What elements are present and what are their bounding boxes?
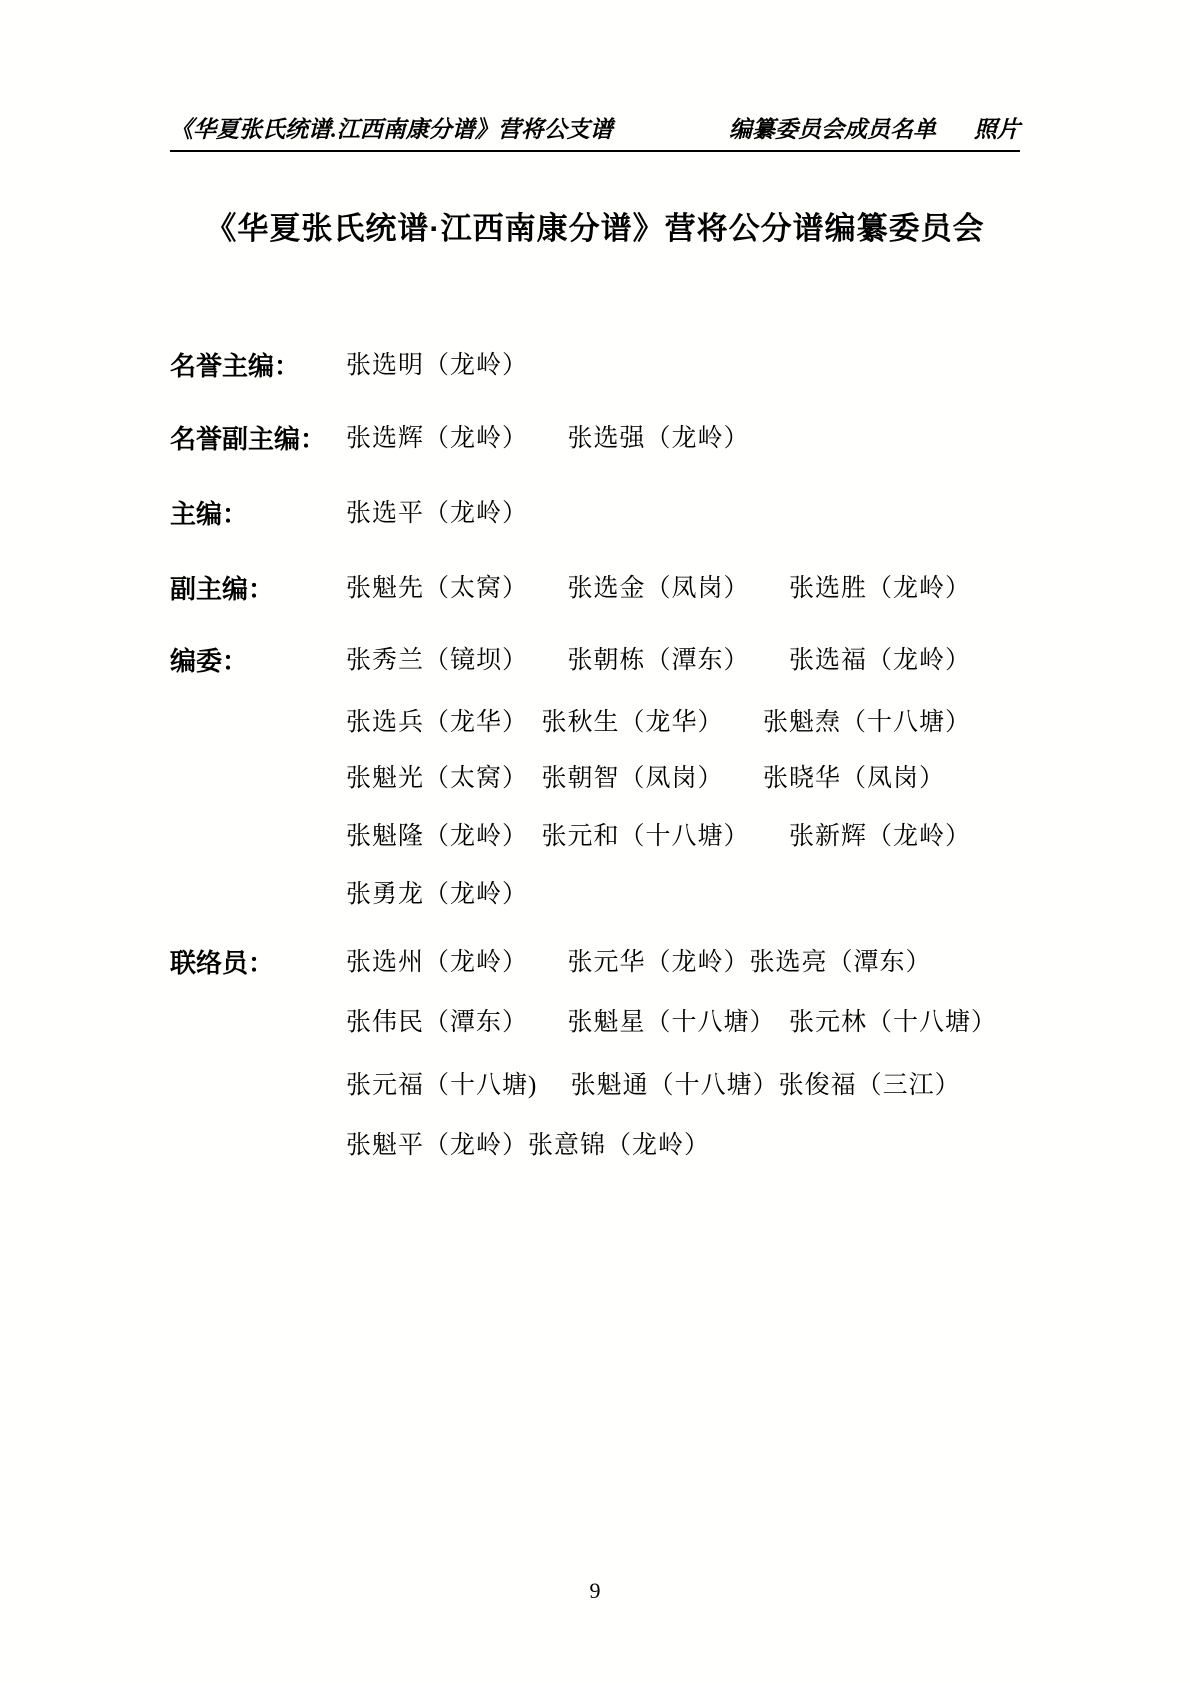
committee-list: 名誉主编： 张选明（龙岭） 名誉副主编： 张选辉（龙岭） 张选强（龙岭） 主编：…: [170, 346, 1050, 1166]
role-label-honorary-deputy-chief-editor: 名誉副主编：: [170, 419, 346, 459]
names-line: 张选州（龙岭） 张元华（龙岭）张选亮（潭东）: [346, 943, 932, 983]
role-label-editorial-board: 编委：: [170, 641, 346, 681]
committee-row: 联络员： 张选州（龙岭） 张元华（龙岭）张选亮（潭东）: [170, 943, 1050, 983]
names-line: 张选平（龙岭）: [346, 494, 528, 534]
names-line: 张魁隆（龙岭） 张元和（十八塘） 张新辉（龙岭）: [346, 817, 971, 857]
committee-row: 张魁隆（龙岭） 张元和（十八塘） 张新辉（龙岭）: [170, 817, 1050, 857]
committee-row: 张魁光（太窝） 张朝智（凤岗） 张晓华（凤岗）: [170, 759, 1050, 799]
names-line: 张魁光（太窝） 张朝智（凤岗） 张晓华（凤岗）: [346, 759, 945, 799]
committee-row: 名誉副主编： 张选辉（龙岭） 张选强（龙岭）: [170, 419, 1050, 459]
role-label-spacer: [170, 703, 346, 743]
committee-row: 名誉主编： 张选明（龙岭）: [170, 346, 1050, 386]
role-label-spacer: [170, 817, 346, 857]
names-line: 张秀兰（镜坝） 张朝栋（潭东） 张选福（龙岭）: [346, 641, 971, 681]
names-line: 张魁先（太窝） 张选金（凤岗） 张选胜（龙岭）: [346, 569, 971, 609]
role-label-chief-editor: 主编：: [170, 494, 346, 534]
running-head: 《华夏张氏统谱.江西南康分谱》营将公支谱 编纂委员会成员名单 照片: [170, 98, 1020, 152]
names-line: 张魁平（龙岭）张意锦（龙岭）: [346, 1126, 710, 1166]
running-head-center: 编纂委员会成员名单: [729, 111, 936, 144]
committee-row: 张伟民（潭东） 张魁星（十八塘） 张元林（十八塘）: [170, 1003, 1050, 1043]
role-label-liaison: 联络员：: [170, 943, 346, 983]
role-label-deputy-chief-editor: 副主编：: [170, 569, 346, 609]
committee-row: 副主编： 张魁先（太窝） 张选金（凤岗） 张选胜（龙岭）: [170, 569, 1050, 609]
role-label-spacer: [170, 1126, 346, 1166]
committee-row: 编委： 张秀兰（镜坝） 张朝栋（潭东） 张选福（龙岭）: [170, 641, 1050, 681]
names-line: 张伟民（潭东） 张魁星（十八塘） 张元林（十八塘）: [346, 1003, 997, 1043]
role-label-spacer: [170, 759, 346, 799]
names-line: 张勇龙（龙岭）: [346, 875, 528, 915]
page-title: 《华夏张氏统谱·江西南康分谱》营将公分谱编纂委员会: [0, 203, 1190, 248]
names-line: 张选兵（龙华） 张秋生（龙华） 张魁焘（十八塘）: [346, 703, 971, 743]
role-label-honorary-chief-editor: 名誉主编：: [170, 346, 346, 386]
document-page: 《华夏张氏统谱.江西南康分谱》营将公支谱 编纂委员会成员名单 照片 《华夏张氏统…: [0, 0, 1190, 1683]
running-head-right: 照片: [974, 111, 1020, 144]
committee-row: 张勇龙（龙岭）: [170, 875, 1050, 915]
committee-row: 张魁平（龙岭）张意锦（龙岭）: [170, 1126, 1050, 1166]
names-line: 张选辉（龙岭） 张选强（龙岭）: [346, 419, 750, 459]
role-label-spacer: [170, 1066, 346, 1106]
names-line: 张元福（十八塘) 张魁通（十八塘）张俊福（三江）: [346, 1066, 961, 1106]
committee-row: 张选兵（龙华） 张秋生（龙华） 张魁焘（十八塘）: [170, 703, 1050, 743]
running-head-left: 《华夏张氏统谱.江西南康分谱》营将公支谱: [170, 111, 613, 144]
committee-row: 张元福（十八塘) 张魁通（十八塘）张俊福（三江）: [170, 1066, 1050, 1106]
page-number: 9: [0, 1578, 1190, 1604]
committee-row: 主编： 张选平（龙岭）: [170, 494, 1050, 534]
role-label-spacer: [170, 1003, 346, 1043]
names-line: 张选明（龙岭）: [346, 346, 528, 386]
role-label-spacer: [170, 875, 346, 915]
